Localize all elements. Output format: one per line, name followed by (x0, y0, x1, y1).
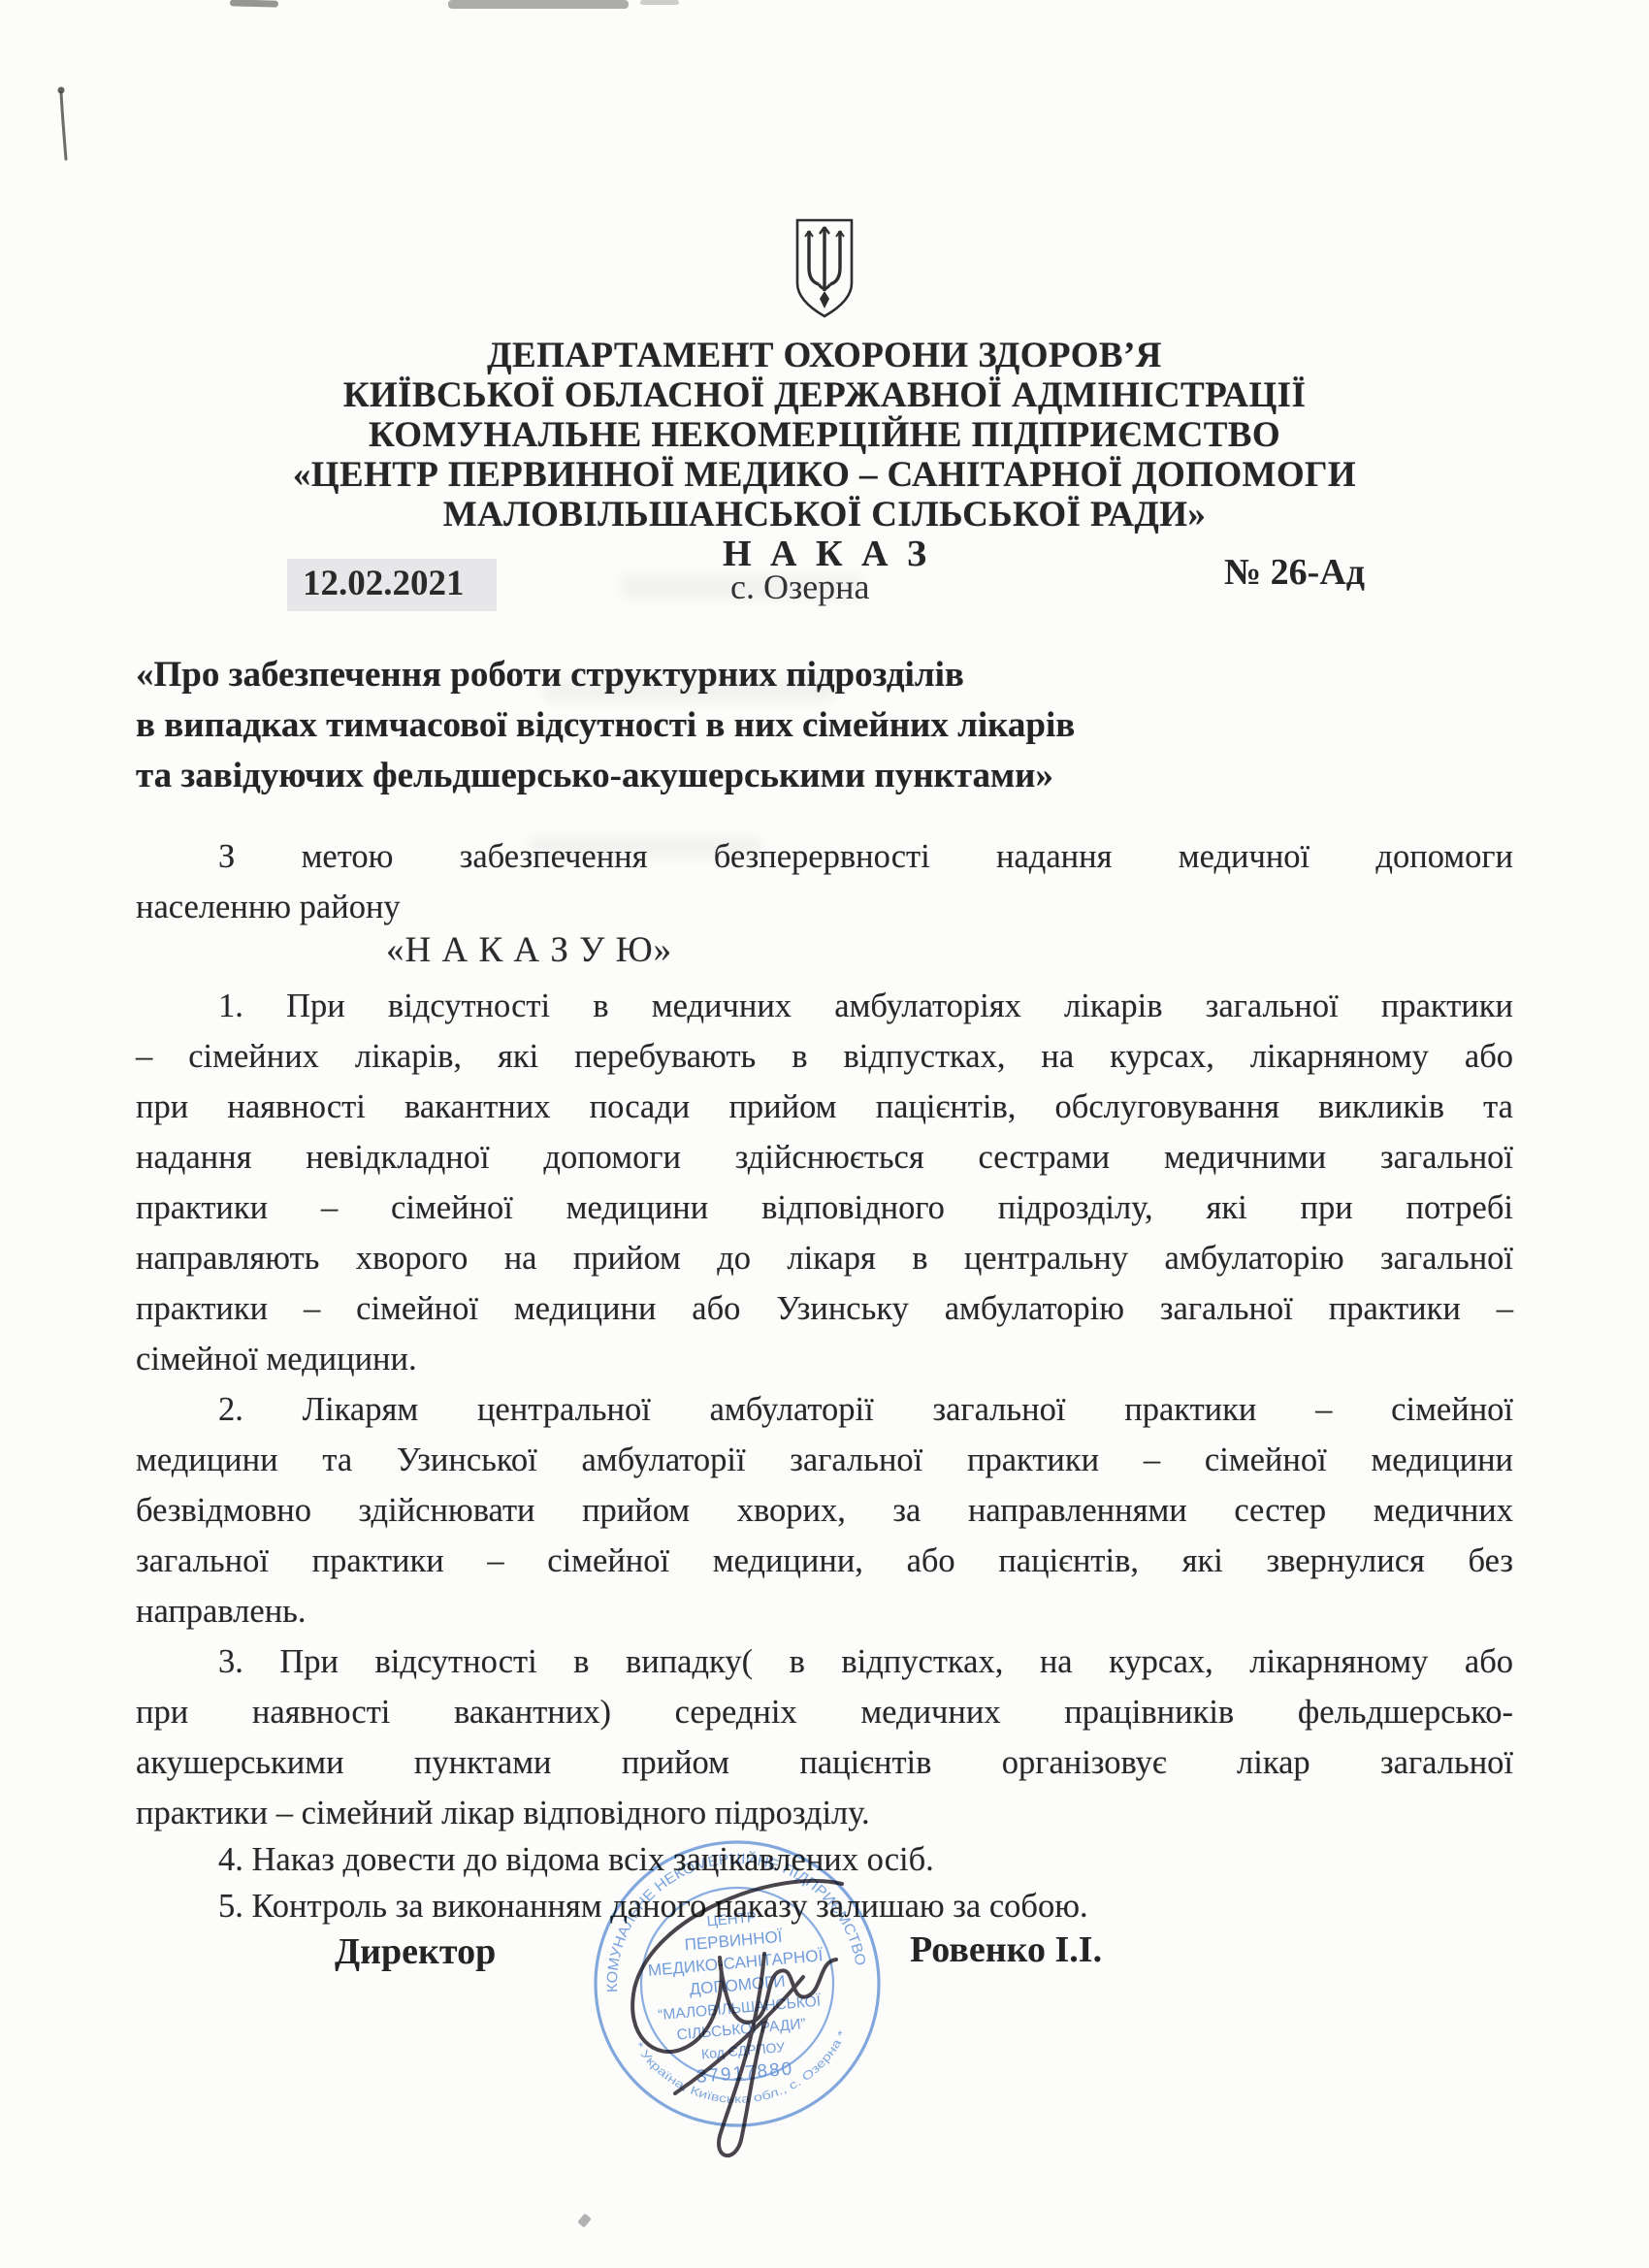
body-line: медицини та Узинської амбулаторії загаль… (136, 1438, 1513, 1482)
body-line: безвідмовно здійснювати прийом хворих, з… (136, 1488, 1513, 1533)
letterhead-line: КОМУНАЛЬНЕ НЕКОМЕРЦІЙНЕ ПІДПРИЄМСТВО (136, 415, 1513, 455)
order-title: «Про забезпечення роботи структурних під… (136, 650, 1203, 801)
decree-heading: «Н А К А З У Ю» (386, 929, 672, 971)
signer-name: Ровенко І.І. (910, 1928, 1102, 1971)
scanned-order-document: ДЕПАРТАМЕНТ ОХОРОНИ ЗДОРОВ’Я КИЇВСЬКОЇ О… (0, 0, 1649, 2268)
order-number: № 26-Ад (1224, 551, 1365, 594)
body-line: направлень. (136, 1589, 1513, 1634)
body-line: направляють хворого на прийом до лікаря … (136, 1236, 1513, 1280)
stamp-center-line: “МАЛОВІЛЬШАНСЬКОЇ (658, 1993, 823, 2025)
stamp-code-number: 37917880 (695, 2058, 794, 2088)
body-line: практики – сімейний лікар відповідного п… (136, 1791, 1513, 1835)
stamp-center-line: СІЛЬСЬКОЇ РАДИ” (676, 2016, 806, 2044)
letterhead-line: КИЇВСЬКОЇ ОБЛАСНОЇ ДЕРЖАВНОЇ АДМІНІСТРАЦ… (136, 375, 1513, 415)
intro-line: населенню району (136, 885, 1513, 929)
letterhead: ДЕПАРТАМЕНТ ОХОРОНИ ЗДОРОВ’Я КИЇВСЬКОЇ О… (136, 336, 1513, 535)
scan-smudge (230, 0, 278, 8)
body-line: при наявності вакантних посади прийом па… (136, 1085, 1513, 1129)
letterhead-line: «ЦЕНТР ПЕРВИННОЇ МЕДИКО – САНІТАРНОЇ ДОП… (136, 455, 1513, 495)
order-title-line: та завідуючих фельдшерсько-акушерськими … (136, 751, 1203, 801)
stamp-center-line: ПЕРВИННОЇ (684, 1928, 784, 1955)
body-line: 3. При відсутності в випадку( в відпустк… (136, 1639, 1513, 1684)
body-line: практики – сімейної медицини або Узинськ… (136, 1286, 1513, 1331)
letterhead-line: МАЛОВІЛЬШАНСЬКОЇ СІЛЬСЬКОЇ РАДИ» (136, 495, 1513, 535)
body-line: 5. Контроль за виконанням даного наказу … (136, 1884, 1513, 1928)
body-line: – сімейних лікарів, які перебувають в ві… (136, 1034, 1513, 1079)
order-date: 12.02.2021 (303, 563, 465, 604)
scan-dot (577, 2214, 592, 2228)
letterhead-line: ДЕПАРТАМЕНТ ОХОРОНИ ЗДОРОВ’Я (136, 336, 1513, 375)
order-title-line: в випадках тимчасової відсутності в них … (136, 700, 1203, 751)
body-line: надання невідкладної допомоги здійснюєть… (136, 1135, 1513, 1180)
body-line: практики – сімейної медицини відповідног… (136, 1185, 1513, 1230)
body-line: при наявності вакантних) середніх медичн… (136, 1690, 1513, 1734)
scan-smudge (448, 0, 629, 9)
scan-smudge (640, 0, 679, 5)
order-place: с. Озерна (730, 567, 869, 607)
stamp-center-line: Код ЄДРПОУ (700, 2039, 785, 2061)
order-title-line: «Про забезпечення роботи структурних під… (136, 650, 1203, 700)
body-line: загальної практики – сімейної медицини, … (136, 1539, 1513, 1583)
stamp-center-line: МЕДИКО-САНІТАРНОЇ (647, 1946, 824, 1980)
body-line: акушерськими пунктами прийом пацієнтів о… (136, 1740, 1513, 1785)
stamp-ring-bottom-text: * Україна, Київська обл., с. Озерна * (631, 2022, 855, 2115)
body-line: 4. Наказ довести до відома всіх зацікавл… (136, 1837, 1513, 1882)
stamp-center-line: ДОПОМОГИ (689, 1972, 786, 1999)
ukraine-trident-icon (791, 217, 858, 324)
intro-line: З метою забезпечення безперервності нада… (136, 834, 1513, 879)
body-line: сімейної медицини. (136, 1337, 1513, 1381)
body-line: 2. Лікарям центральної амбулаторії загал… (136, 1387, 1513, 1432)
svg-text:* Україна, Київська обл., с. О: * Україна, Київська обл., с. Озерна * (631, 2022, 855, 2115)
signer-role: Директор (335, 1930, 496, 1973)
pen-mark (58, 87, 67, 160)
body-line: 1. При відсутності в медичних амбулаторі… (136, 984, 1513, 1028)
